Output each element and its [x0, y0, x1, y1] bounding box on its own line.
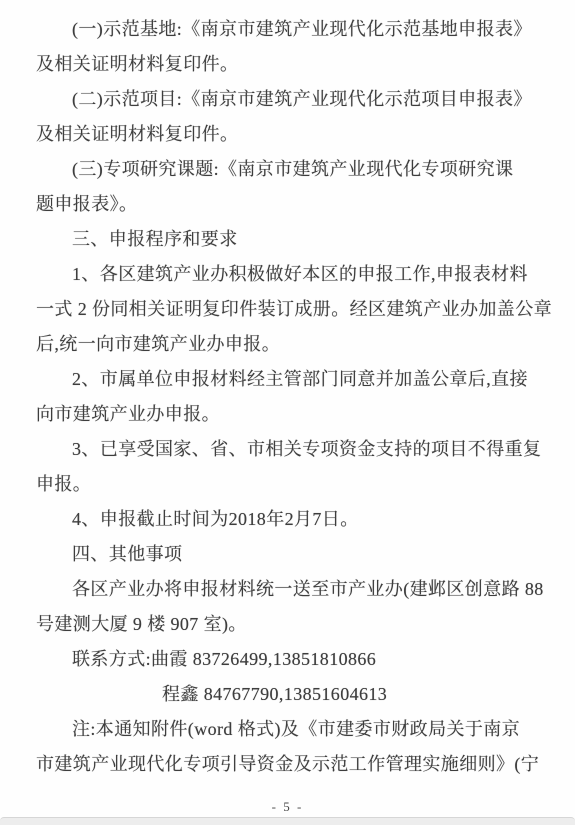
- doc-line: 2、市属单位申报材料经主管部门同意并加盖公章后,直接: [36, 362, 545, 397]
- doc-contact-line: 联系方式:曲霞 83726499,13851810866: [36, 642, 545, 677]
- doc-note-line: 市建筑产业现代化专项引导资金及示范工作管理实施细则》(宁: [36, 747, 545, 782]
- doc-line: 号建测大厦 9 楼 907 室)。: [36, 607, 545, 642]
- document-text-block: (一)示范基地:《南京市建筑产业现代化示范基地申报表》 及相关证明材料复印件。 …: [36, 12, 545, 782]
- doc-line: 题申报表》。: [36, 187, 545, 222]
- doc-note-line: 注:本通知附件(word 格式)及《市建委市财政局关于南京: [36, 712, 545, 747]
- doc-line: 3、已享受国家、省、市相关专项资金支持的项目不得重复: [36, 432, 545, 467]
- doc-line: 1、各区建筑产业办积极做好本区的申报工作,申报表材料: [36, 257, 545, 292]
- doc-contact-line: 程鑫 84767790,13851604613: [36, 677, 545, 712]
- page-number: - 5 -: [0, 798, 575, 816]
- doc-line: 向市建筑产业办申报。: [36, 397, 545, 432]
- doc-line: 一式 2 份同相关证明复印件装订成册。经区建筑产业办加盖公章: [36, 292, 545, 327]
- doc-line: (二)示范项目:《南京市建筑产业现代化示范项目申报表》: [36, 82, 545, 117]
- doc-line: 申报。: [36, 467, 545, 502]
- doc-line: (三)专项研究课题:《南京市建筑产业现代化专项研究课: [36, 152, 545, 187]
- scan-edge-artifact: [0, 817, 575, 825]
- doc-line: 及相关证明材料复印件。: [36, 117, 545, 152]
- doc-line: 后,统一向市建筑产业办申报。: [36, 327, 545, 362]
- doc-line: (一)示范基地:《南京市建筑产业现代化示范基地申报表》: [36, 12, 545, 47]
- doc-section-heading: 三、申报程序和要求: [36, 222, 545, 257]
- doc-line: 各区产业办将申报材料统一送至市产业办(建邺区创意路 88: [36, 572, 545, 607]
- doc-line: 及相关证明材料复印件。: [36, 47, 545, 82]
- scanned-document-page: (一)示范基地:《南京市建筑产业现代化示范基地申报表》 及相关证明材料复印件。 …: [0, 0, 575, 825]
- doc-line: 4、申报截止时间为2018年2月7日。: [36, 502, 545, 537]
- doc-section-heading: 四、其他事项: [36, 537, 545, 572]
